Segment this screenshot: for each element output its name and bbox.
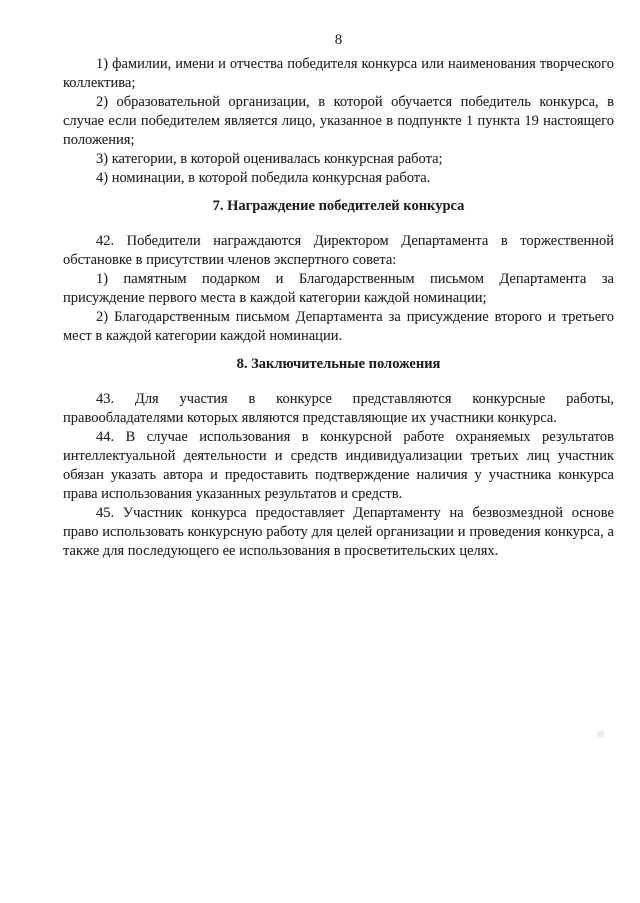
paragraph-44: 44. В случае использования в конкурсной …: [63, 428, 614, 504]
section-8-heading: 8. Заключительные положения: [63, 355, 614, 374]
paragraph-45: 45. Участник конкурса предоставляет Депа…: [63, 504, 614, 561]
paragraph-42: 42. Победители награждаются Директором Д…: [63, 232, 614, 270]
section-7-heading: 7. Награждение победителей конкурса: [63, 197, 614, 216]
page-number: 8: [63, 31, 614, 50]
paragraph-42-sub-1: 1) памятным подарком и Благодарственным …: [63, 270, 614, 308]
paragraph-42-sub-2: 2) Благодарственным письмом Департамента…: [63, 308, 614, 346]
paragraph-43: 43. Для участия в конкурсе представляютс…: [63, 390, 614, 428]
list-item-winner-name: 1) фамилии, имени и отчества победителя …: [63, 55, 614, 93]
scan-artifact: [597, 731, 604, 737]
list-item-category: 3) категории, в которой оценивалась конк…: [63, 150, 614, 169]
document-page: 8 1) фамилии, имени и отчества победител…: [0, 0, 640, 903]
list-item-organization: 2) образовательной организации, в которо…: [63, 93, 614, 150]
text-column: 1) фамилии, имени и отчества победителя …: [63, 55, 614, 561]
list-item-nomination: 4) номинации, в которой победила конкурс…: [63, 169, 614, 188]
